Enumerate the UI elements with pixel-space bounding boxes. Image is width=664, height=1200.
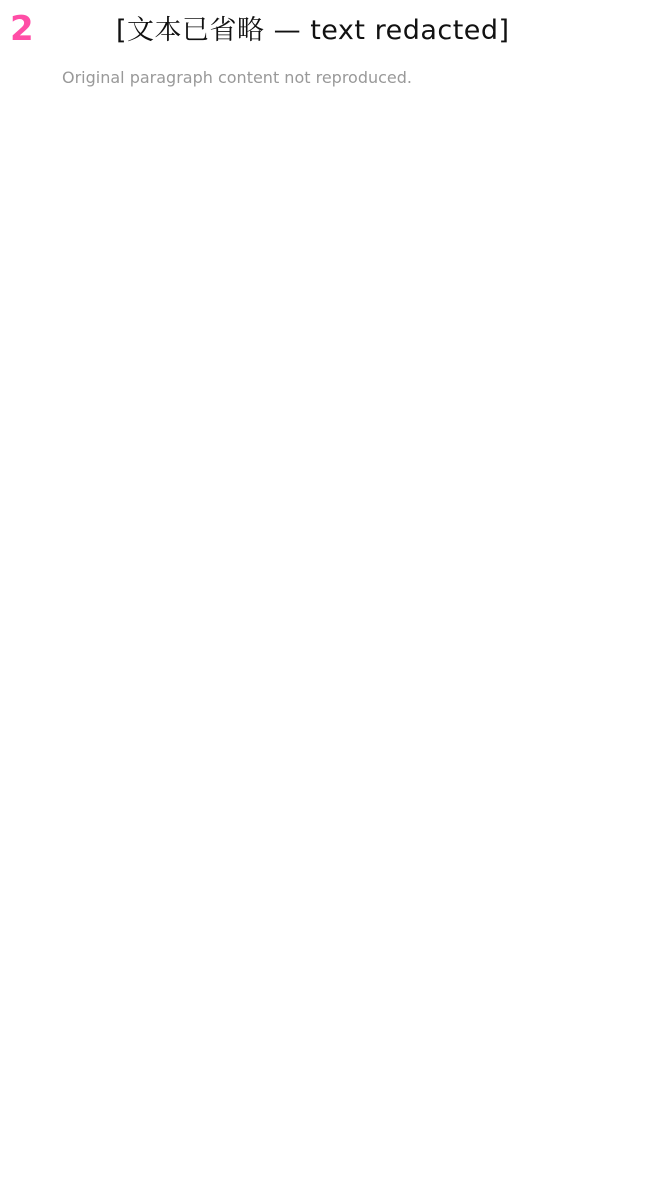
redaction-note: Original paragraph content not reproduce… bbox=[62, 68, 646, 87]
document-page: 2 [文本已省略 — text redacted] Original parag… bbox=[0, 0, 664, 111]
section-number: 2 bbox=[10, 12, 34, 46]
body-paragraph: [文本已省略 — text redacted] bbox=[62, 10, 646, 52]
